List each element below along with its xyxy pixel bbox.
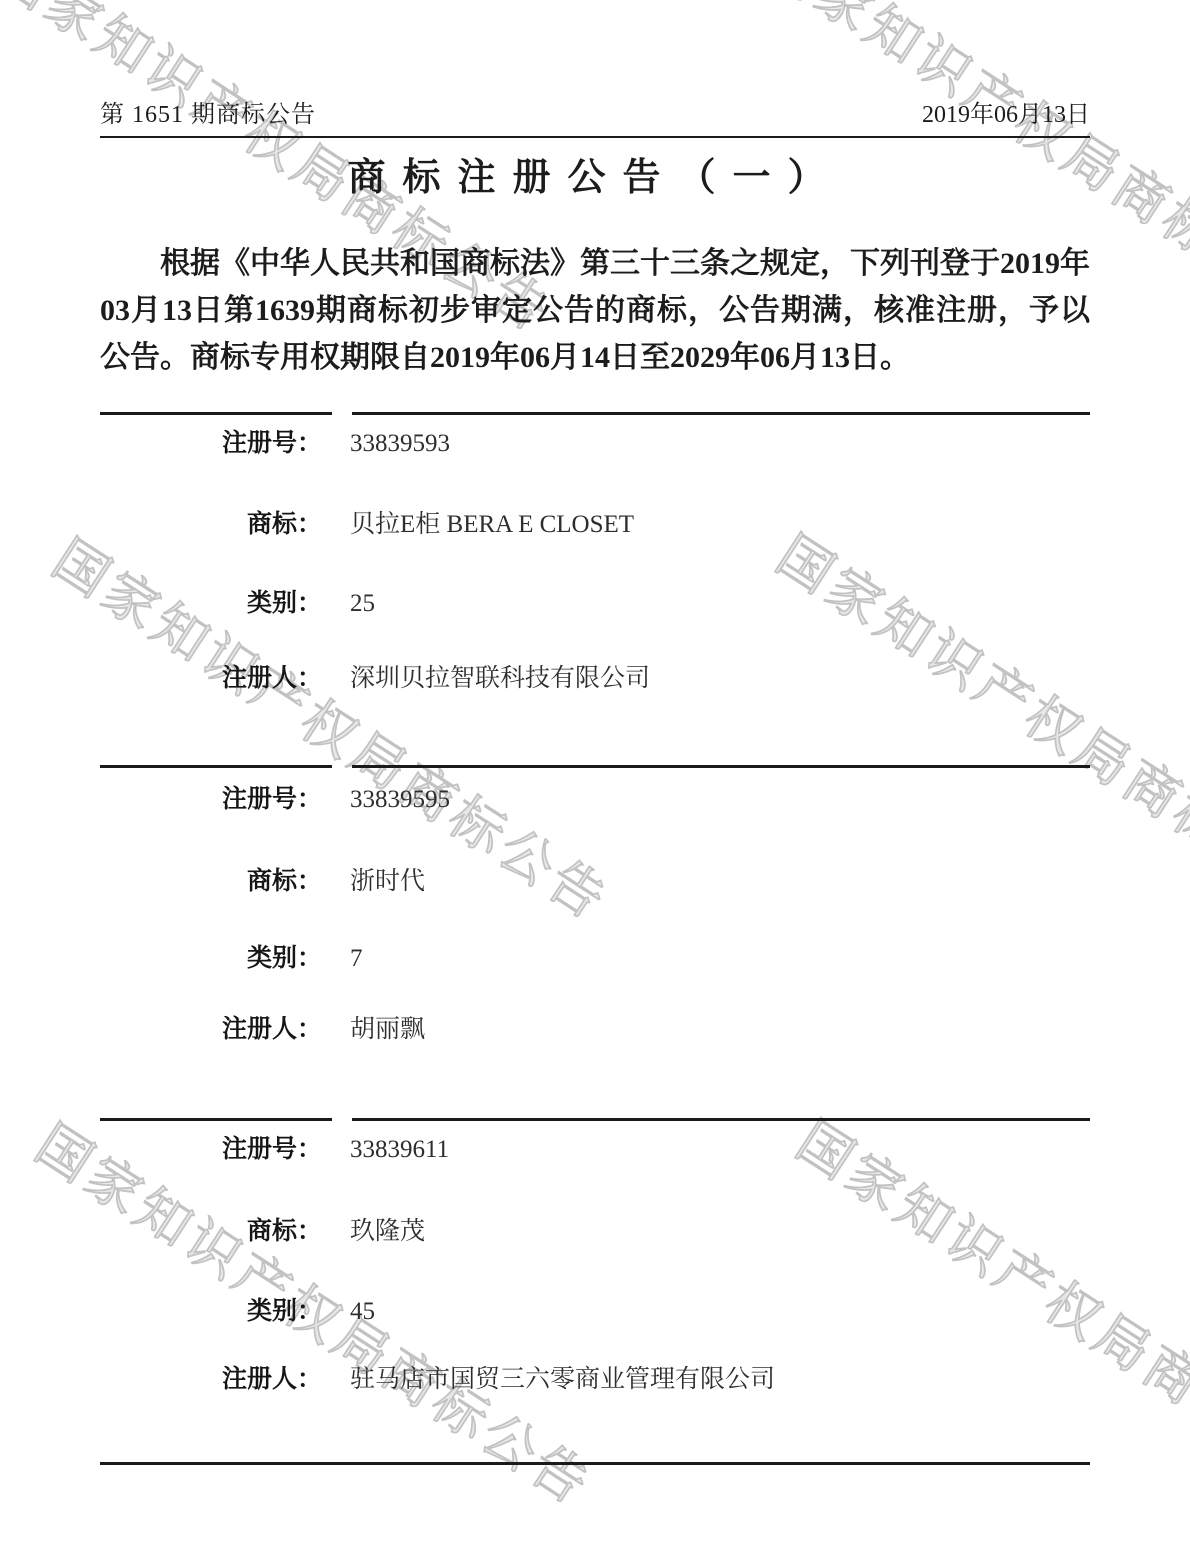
- field-value-registrant: 深圳贝拉智联科技有限公司: [350, 663, 1070, 695]
- field-label-category: 类别：: [100, 1296, 322, 1328]
- field-label-category: 类别：: [100, 588, 322, 620]
- field-value-registrant: 胡丽飘: [350, 1014, 1070, 1046]
- field-label-registrant: 注册人：: [100, 1364, 322, 1396]
- field-label-mark: 商标：: [100, 866, 322, 898]
- field-value-category: 25: [350, 588, 1070, 620]
- field-value-category: 45: [350, 1296, 1070, 1328]
- record-separator: [352, 765, 1090, 768]
- closing-rule: [100, 1462, 1090, 1465]
- field-label-category: 类别：: [100, 943, 322, 975]
- record-separator: [100, 412, 332, 415]
- field-label-mark: 商标：: [100, 1216, 322, 1248]
- record-separator: [100, 1118, 332, 1121]
- field-value-reg-no: 33839595: [350, 784, 1070, 816]
- intro-line-3: 公告。商标专用权期限自2019年06月14日至2029年06月13日。: [100, 334, 1090, 381]
- field-value-reg-no: 33839611: [350, 1134, 1070, 1166]
- intro-line-2: 03月13日第1639期商标初步审定公告的商标，公告期满，核准注册，予以: [100, 287, 1090, 334]
- record-separator: [352, 412, 1090, 415]
- field-label-reg-no: 注册号：: [100, 784, 322, 816]
- intro-paragraph: 根据《中华人民共和国商标法》第三十三条之规定，下列刊登于2019年 03月13日…: [100, 240, 1090, 381]
- field-label-reg-no: 注册号：: [100, 1134, 322, 1166]
- field-label-mark: 商标：: [100, 509, 322, 541]
- page-title: 商标注册公告（一）: [0, 146, 1190, 201]
- field-label-registrant: 注册人：: [100, 1014, 322, 1046]
- field-value-mark: 贝拉E柜 BERA E CLOSET: [350, 509, 1070, 541]
- field-label-reg-no: 注册号：: [100, 428, 322, 460]
- field-value-mark: 玖隆茂: [350, 1216, 1070, 1248]
- intro-line-1: 根据《中华人民共和国商标法》第三十三条之规定，下列刊登于2019年: [100, 240, 1090, 287]
- field-value-mark: 浙时代: [350, 866, 1070, 898]
- header-rule: [100, 136, 1090, 138]
- trademark-gazette-page: 国家知识产权局商标公告 国家知识产权局商标公告 国家知识产权局商标公告 国家知识…: [0, 0, 1190, 1564]
- field-value-reg-no: 33839593: [350, 428, 1070, 460]
- header-issue-number: 第 1651 期商标公告: [100, 94, 316, 129]
- record-separator: [352, 1118, 1090, 1121]
- header-date: 2019年06月13日: [922, 94, 1090, 129]
- field-label-registrant: 注册人：: [100, 663, 322, 695]
- field-value-category: 7: [350, 943, 1070, 975]
- record-separator: [100, 765, 332, 768]
- field-value-registrant: 驻马店市国贸三六零商业管理有限公司: [350, 1364, 1070, 1396]
